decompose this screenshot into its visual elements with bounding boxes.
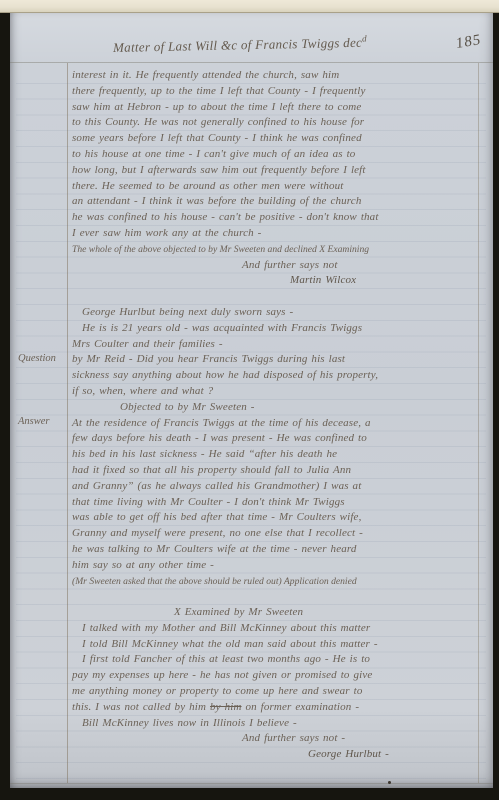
handwritten-line: saw him at Hebron - up to about the time… <box>72 100 478 116</box>
handwritten-line: And further says not - <box>72 731 478 747</box>
handwritten-line: if so, when, where and what ? <box>72 384 478 400</box>
page-title-superscript: d <box>362 33 367 43</box>
handwritten-line: I talked with my Mother and Bill McKinne… <box>72 621 478 637</box>
handwritten-line: pay my expenses up here - he has not giv… <box>72 668 478 684</box>
handwritten-line: Granny and myself were present, no one e… <box>72 526 478 542</box>
handwritten-line: At the residence of Francis Twiggs at th… <box>72 416 478 432</box>
handwritten-line: few days before his death - I was presen… <box>72 431 478 447</box>
handwritten-line: The whole of the above objected to by Mr… <box>72 242 478 258</box>
line-segment: on former examination - <box>242 701 360 713</box>
bottom-rule-line <box>10 783 493 784</box>
handwritten-line <box>72 589 478 605</box>
handwritten-line: this. I was not called by him by him on … <box>72 700 478 716</box>
page-title-text: Matter of Last Will &c of Francis Twiggs… <box>113 35 362 55</box>
handwritten-line: X Examined by Mr Sweeten <box>72 605 478 621</box>
handwritten-line: George Hurlbut - <box>72 747 478 763</box>
handwritten-line: (Mr Sweeten asked that the above should … <box>72 574 478 590</box>
handwritten-line: his bed in his last sickness - He said “… <box>72 447 478 463</box>
handwritten-line: had it fixed so that all his property sh… <box>72 463 478 479</box>
handwritten-line: I told Bill McKinney what the old man sa… <box>72 637 478 653</box>
handwritten-line: some years before I left that County - I… <box>72 131 478 147</box>
handwritten-line: George Hurlbut being next duly sworn say… <box>72 305 478 321</box>
handwritten-line: And further says not <box>72 258 478 274</box>
handwritten-line: Objected to by Mr Sweeten - <box>72 400 478 416</box>
handwritten-line: he was confined to his house - can't be … <box>72 210 478 226</box>
handwritten-line <box>72 289 478 305</box>
handwritten-line: that time living with Mr Coulter - I don… <box>72 495 478 511</box>
handwritten-line: He is is 21 years old - was acquainted w… <box>72 321 478 337</box>
handwritten-line: Mrs Coulter and their families - <box>72 337 478 353</box>
right-margin-line <box>478 63 479 783</box>
handwritten-line: an attendant - I think it was before the… <box>72 194 478 210</box>
handwritten-line: sickness say anything about how he had d… <box>72 368 478 384</box>
handwritten-line: Martin Wilcox <box>72 273 478 289</box>
ledger-page: Matter of Last Will &c of Francis Twiggs… <box>10 12 493 788</box>
handwritten-line: was able to get off his bed after that t… <box>72 510 478 526</box>
document-body-lines: interest in it. He frequently attended t… <box>72 68 478 763</box>
handwritten-line: and Granny” (as he always called his Gra… <box>72 479 478 495</box>
left-margin-line <box>67 63 68 783</box>
handwritten-line: I ever saw him work any at the church - <box>72 226 478 242</box>
handwritten-line: Bill McKinney lives now in Illinois I be… <box>72 716 478 732</box>
handwritten-line: by Mr Reid - Did you hear Francis Twiggs… <box>72 352 478 368</box>
line-segment: this. I was not called by him <box>72 701 210 713</box>
handwritten-line: he was talking to Mr Coulters wife at th… <box>72 542 478 558</box>
handwritten-line: to this County. He was not generally con… <box>72 115 478 131</box>
margin-note-question: Question <box>18 353 66 364</box>
ink-blot <box>388 781 391 784</box>
handwritten-line: how long, but I afterwards saw him out f… <box>72 163 478 179</box>
adjacent-page-edge <box>0 0 499 13</box>
handwritten-line: to his house at one time - I can't give … <box>72 147 478 163</box>
handwritten-line: interest in it. He frequently attended t… <box>72 68 478 84</box>
margin-note-answer: Answer <box>18 416 66 427</box>
handwritten-line: there frequently, up to the time I left … <box>72 84 478 100</box>
handwritten-line: him say so at any other time - <box>72 558 478 574</box>
page-number: 185 <box>455 32 483 53</box>
handwritten-line: me anything money or property to come up… <box>72 684 478 700</box>
struck-word: by him <box>210 701 242 713</box>
handwritten-line: there. He seemed to be around as other m… <box>72 179 478 195</box>
page-title: Matter of Last Will &c of Francis Twiggs… <box>70 32 410 56</box>
handwritten-line: I first told Fancher of this at least tw… <box>72 652 478 668</box>
header-rule-line <box>10 62 493 63</box>
